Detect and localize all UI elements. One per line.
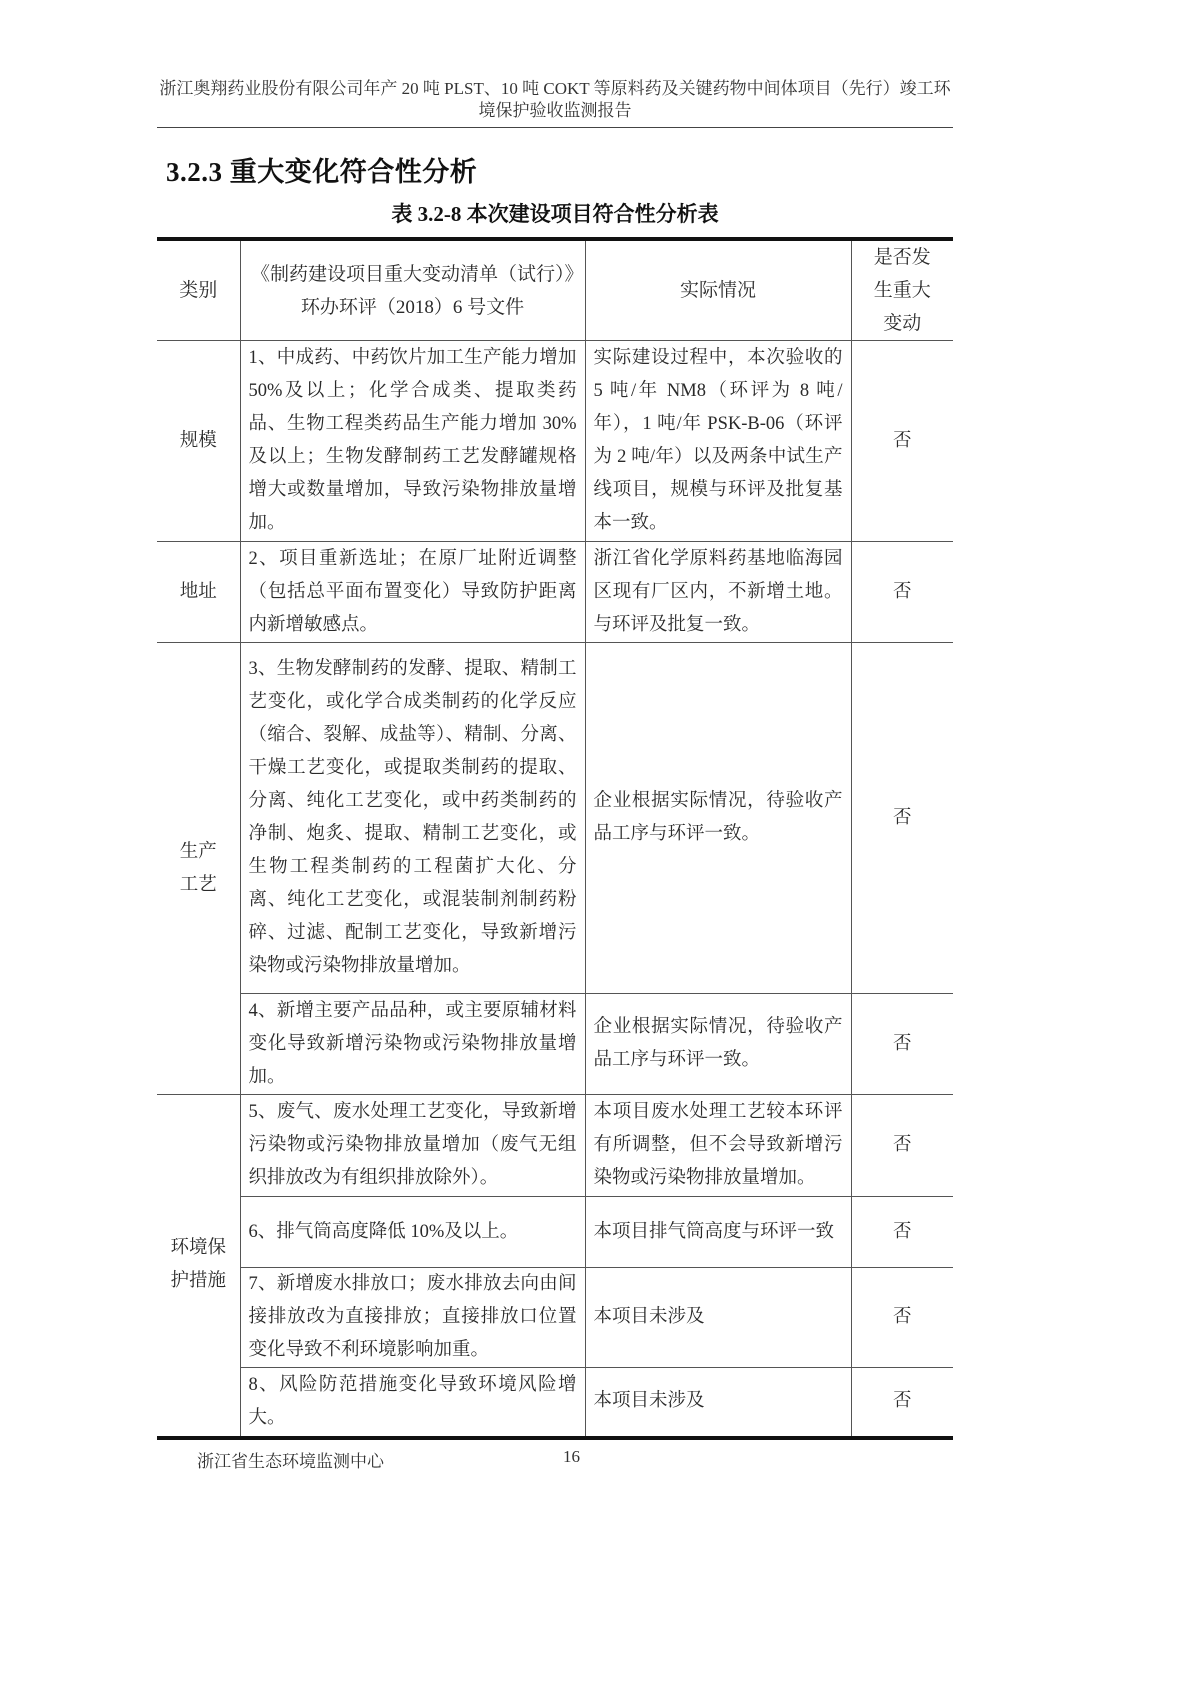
category-cell: 环境保护措施	[157, 1095, 240, 1438]
major-change-cell: 否	[851, 1095, 953, 1197]
header-requirement: 《制药建设项目重大变动清单（试行）》环办环评（2018）6 号文件	[240, 239, 585, 341]
header-divider	[157, 127, 953, 128]
category-cell: 生产工艺	[157, 643, 240, 1095]
table-row: 生产工艺 3、生物发酵制药的发酵、提取、精制工艺变化，或化学合成类制药的化学反应…	[157, 643, 953, 994]
actual-cell: 实际建设过程中，本次验收的 5 吨/年 NM8（环评为 8 吨/年），1 吨/年…	[585, 341, 851, 542]
table-header-row: 类别 《制药建设项目重大变动清单（试行）》环办环评（2018）6 号文件 实际情…	[157, 239, 953, 341]
requirement-cell: 8、风险防范措施变化导致环境风险增大。	[240, 1368, 585, 1438]
actual-cell: 本项目未涉及	[585, 1268, 851, 1368]
requirement-cell: 4、新增主要产品品种，或主要原辅材料变化导致新增污染物或污染物排放量增加。	[240, 994, 585, 1095]
table-row: 环境保护措施 5、废气、废水处理工艺变化，导致新增污染物或污染物排放量增加（废气…	[157, 1095, 953, 1197]
major-change-cell: 否	[851, 341, 953, 542]
requirement-cell: 2、项目重新选址；在原厂址附近调整（包括总平面布置变化）导致防护距离内新增敏感点…	[240, 542, 585, 643]
actual-cell: 本项目排气筒高度与环评一致	[585, 1197, 851, 1268]
table-caption: 表 3.2-8 本次建设项目符合性分析表	[157, 198, 953, 228]
compliance-table: 类别 《制药建设项目重大变动清单（试行）》环办环评（2018）6 号文件 实际情…	[157, 237, 953, 1440]
major-change-cell: 否	[851, 1368, 953, 1438]
page-header-line1: 浙江奥翔药业股份有限公司年产 20 吨 PLST、10 吨 COKT 等原料药及…	[157, 78, 953, 100]
table-row: 规模 1、中成药、中药饮片加工生产能力增加 50%及以上；化学合成类、提取类药品…	[157, 341, 953, 542]
table-row: 8、风险防范措施变化导致环境风险增大。 本项目未涉及 否	[157, 1368, 953, 1438]
major-change-cell: 否	[851, 994, 953, 1095]
requirement-cell: 5、废气、废水处理工艺变化，导致新增污染物或污染物排放量增加（废气无组织排放改为…	[240, 1095, 585, 1197]
actual-cell: 本项目未涉及	[585, 1368, 851, 1438]
actual-cell: 企业根据实际情况，待验收产品工序与环评一致。	[585, 643, 851, 994]
table-row: 地址 2、项目重新选址；在原厂址附近调整（包括总平面布置变化）导致防护距离内新增…	[157, 542, 953, 643]
table-row: 6、排气筒高度降低 10%及以上。 本项目排气筒高度与环评一致 否	[157, 1197, 953, 1268]
major-change-cell: 否	[851, 643, 953, 994]
header-major-change: 是否发生重大变动	[851, 239, 953, 341]
requirement-cell: 1、中成药、中药饮片加工生产能力增加 50%及以上；化学合成类、提取类药品、生物…	[240, 341, 585, 542]
major-change-cell: 否	[851, 1268, 953, 1368]
header-category: 类别	[157, 239, 240, 341]
actual-cell: 企业根据实际情况，待验收产品工序与环评一致。	[585, 994, 851, 1095]
category-cell: 规模	[157, 341, 240, 542]
category-cell: 地址	[157, 542, 240, 643]
footer-organization: 浙江省生态环境监测中心	[197, 1447, 384, 1472]
header-actual: 实际情况	[585, 239, 851, 341]
requirement-cell: 6、排气筒高度降低 10%及以上。	[240, 1197, 585, 1268]
major-change-cell: 否	[851, 1197, 953, 1268]
major-change-cell: 否	[851, 542, 953, 643]
table-row: 4、新增主要产品品种，或主要原辅材料变化导致新增污染物或污染物排放量增加。 企业…	[157, 994, 953, 1095]
actual-cell: 本项目废水处理工艺较本环评有所调整，但不会导致新增污染物或污染物排放量增加。	[585, 1095, 851, 1197]
requirement-cell: 3、生物发酵制药的发酵、提取、精制工艺变化，或化学合成类制药的化学反应（缩合、裂…	[240, 643, 585, 994]
table-row: 7、新增废水排放口；废水排放去向由间接排放改为直接排放；直接排放口位置变化导致不…	[157, 1268, 953, 1368]
requirement-cell: 7、新增废水排放口；废水排放去向由间接排放改为直接排放；直接排放口位置变化导致不…	[240, 1268, 585, 1368]
actual-cell: 浙江省化学原料药基地临海园区现有厂区内，不新增土地。与环评及批复一致。	[585, 542, 851, 643]
footer-page-number: 16	[563, 1447, 580, 1467]
page-header-line2: 境保护验收监测报告	[157, 100, 953, 122]
page-header: 浙江奥翔药业股份有限公司年产 20 吨 PLST、10 吨 COKT 等原料药及…	[157, 78, 953, 122]
section-title: 3.2.3 重大变化符合性分析	[166, 150, 477, 189]
